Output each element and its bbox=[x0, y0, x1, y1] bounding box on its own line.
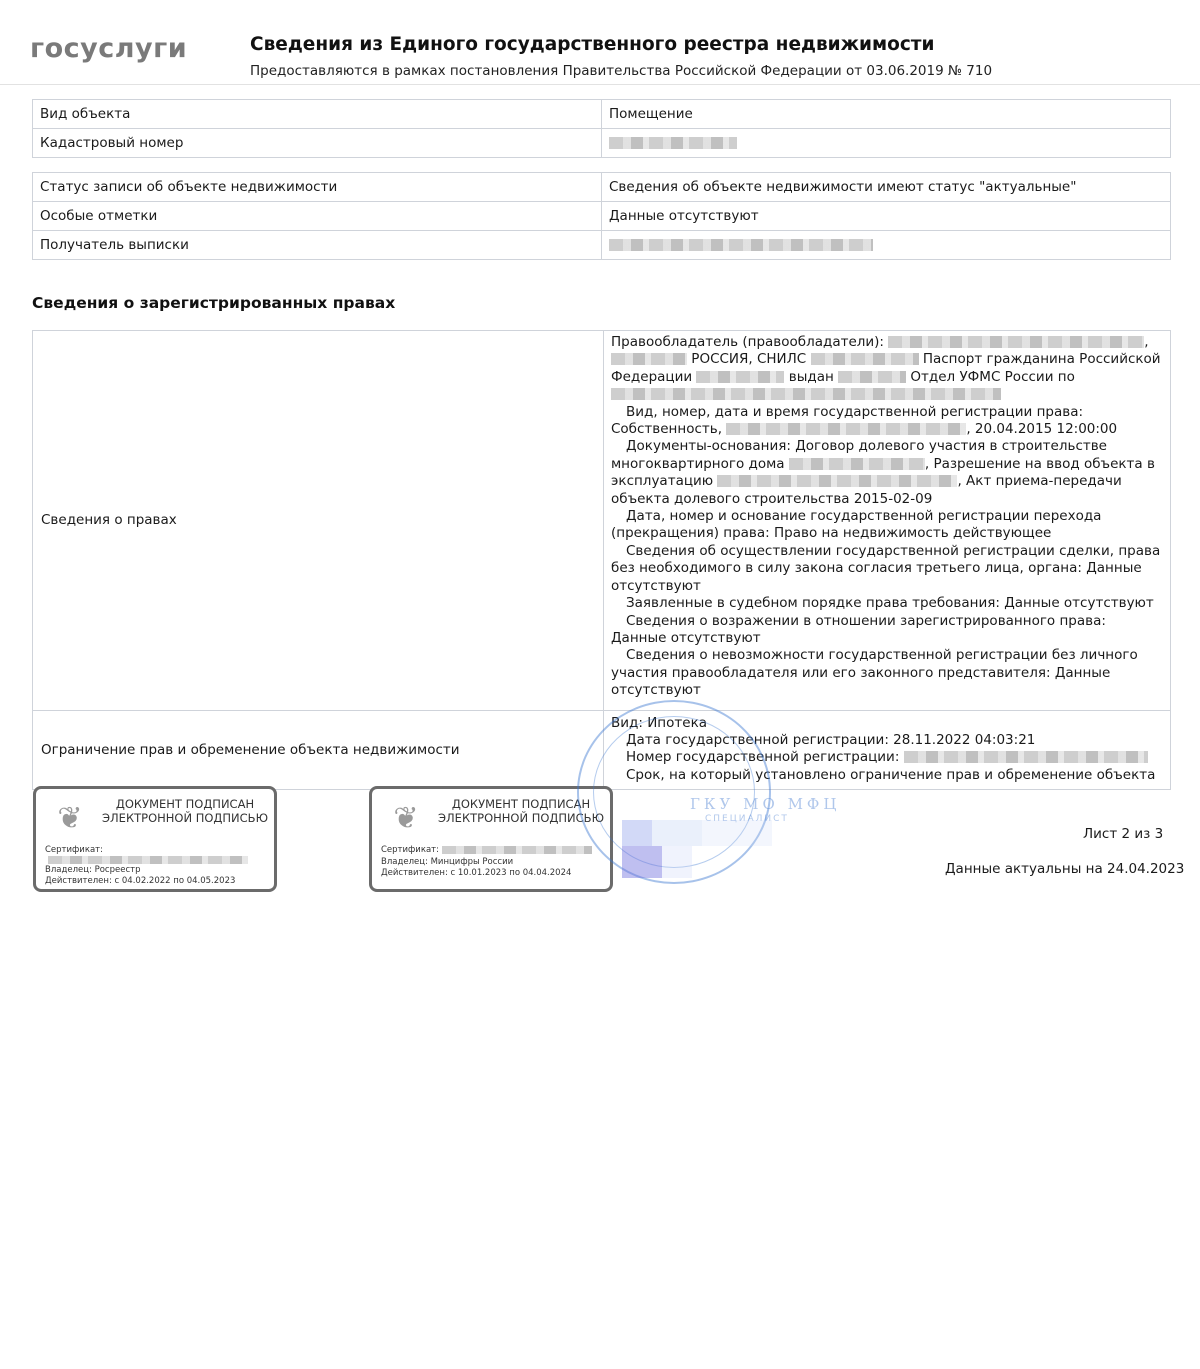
table-row: Статус записи об объекте недвижимости Св… bbox=[33, 173, 1171, 202]
redacted-certificate bbox=[48, 855, 248, 865]
status-table: Статус записи об объекте недвижимости Св… bbox=[32, 172, 1171, 260]
redacted-certificate bbox=[442, 846, 592, 854]
rights-objection: Сведения о возражении в отношении зареги… bbox=[611, 613, 1164, 648]
rights-value: Правообладатель (правообладатели): , РОС… bbox=[604, 331, 1171, 711]
rights-label: Сведения о правах bbox=[33, 331, 604, 711]
redacted-passport-date bbox=[838, 371, 906, 383]
rights-holder: Правообладатель (правообладатели): , РОС… bbox=[611, 334, 1164, 404]
coat-of-arms-icon: ❦ bbox=[386, 797, 426, 841]
signature-box-rosreestr: ❦ ДОКУМЕНТ ПОДПИСАН ЭЛЕКТРОННОЙ ПОДПИСЬЮ… bbox=[33, 786, 277, 892]
redacted-snils bbox=[811, 353, 919, 365]
signature-validity: Действителен: с 04.02.2022 по 04.05.2023 bbox=[45, 876, 235, 886]
table-row: Кадастровый номер bbox=[33, 129, 1171, 158]
redacted-passport-region bbox=[611, 388, 1001, 400]
redacted-passport-number bbox=[696, 371, 784, 383]
rights-registration: Вид, номер, дата и время государственной… bbox=[611, 404, 1164, 439]
record-status-label: Статус записи об объекте недвижимости bbox=[33, 173, 602, 202]
rights-claims: Заявленные в судебном порядке права треб… bbox=[611, 595, 1164, 612]
page-number: Лист 2 из 3 bbox=[1083, 826, 1163, 842]
signature-title: ДОКУМЕНТ ПОДПИСАН ЭЛЕКТРОННОЙ ПОДПИСЬЮ bbox=[100, 797, 270, 825]
rights-documents: Документы-основания: Договор долевого уч… bbox=[611, 438, 1164, 508]
redacted-contract-number bbox=[789, 458, 925, 470]
rights-deal: Сведения об осуществлении государственно… bbox=[611, 543, 1164, 595]
redacted-handwritten-signature bbox=[622, 820, 804, 878]
table-row: Получатель выписки bbox=[33, 231, 1171, 260]
redacted-encumbrance-number bbox=[904, 751, 1148, 763]
redacted-holder-birth bbox=[611, 353, 687, 365]
object-table: Вид объекта Помещение Кадастровый номер bbox=[32, 99, 1171, 158]
data-actual-date: Данные актуальны на 24.04.2023 bbox=[945, 861, 1184, 877]
cadastral-number-label: Кадастровый номер bbox=[33, 129, 602, 158]
recipient-value bbox=[602, 231, 1171, 260]
rights-impossibility: Сведения о невозможности государственной… bbox=[611, 647, 1164, 699]
signature-validity: Действителен: с 10.01.2023 по 04.04.2024 bbox=[381, 868, 571, 878]
signature-box-mintsifry: ❦ ДОКУМЕНТ ПОДПИСАН ЭЛЕКТРОННОЙ ПОДПИСЬЮ… bbox=[369, 786, 613, 892]
certificate-label: Сертификат: bbox=[45, 845, 103, 855]
redacted-holder-name bbox=[888, 336, 1144, 348]
rights-section-title: Сведения о зарегистрированных правах bbox=[32, 294, 395, 312]
certificate-label: Сертификат: bbox=[381, 845, 592, 855]
record-status-value: Сведения об объекте недвижимости имеют с… bbox=[602, 173, 1171, 202]
table-row: Вид объекта Помещение bbox=[33, 100, 1171, 129]
recipient-label: Получатель выписки bbox=[33, 231, 602, 260]
document-subtitle: Предоставляются в рамках постановления П… bbox=[250, 63, 992, 79]
rights-table: Сведения о правах Правообладатель (право… bbox=[32, 330, 1171, 790]
special-notes-label: Особые отметки bbox=[33, 202, 602, 231]
signature-owner: Владелец: Минцифры России bbox=[381, 857, 513, 867]
gosuslugi-logo: госуслуги bbox=[30, 33, 187, 64]
encumbrance-label: Ограничение прав и обременение объекта н… bbox=[33, 710, 604, 789]
special-notes-value: Данные отсутствуют bbox=[602, 202, 1171, 231]
redacted-registration-number bbox=[726, 423, 966, 435]
redacted-permit-number bbox=[717, 475, 957, 487]
rights-transfer: Дата, номер и основание государственной … bbox=[611, 508, 1164, 543]
table-row: Сведения о правах Правообладатель (право… bbox=[33, 331, 1171, 711]
document-header: госуслуги Сведения из Единого государств… bbox=[0, 0, 1200, 85]
coat-of-arms-icon: ❦ bbox=[50, 797, 90, 841]
redacted-cadastral-number bbox=[609, 137, 737, 149]
object-type-value: Помещение bbox=[602, 100, 1171, 129]
signature-owner: Владелец: Росреестр bbox=[45, 865, 140, 875]
stamp-org: ГКУ МО МФЦ bbox=[690, 795, 840, 813]
cadastral-number-value bbox=[602, 129, 1171, 158]
object-type-label: Вид объекта bbox=[33, 100, 602, 129]
table-row: Особые отметки Данные отсутствуют bbox=[33, 202, 1171, 231]
document-title: Сведения из Единого государственного рее… bbox=[250, 34, 934, 55]
redacted-recipient bbox=[609, 239, 873, 251]
